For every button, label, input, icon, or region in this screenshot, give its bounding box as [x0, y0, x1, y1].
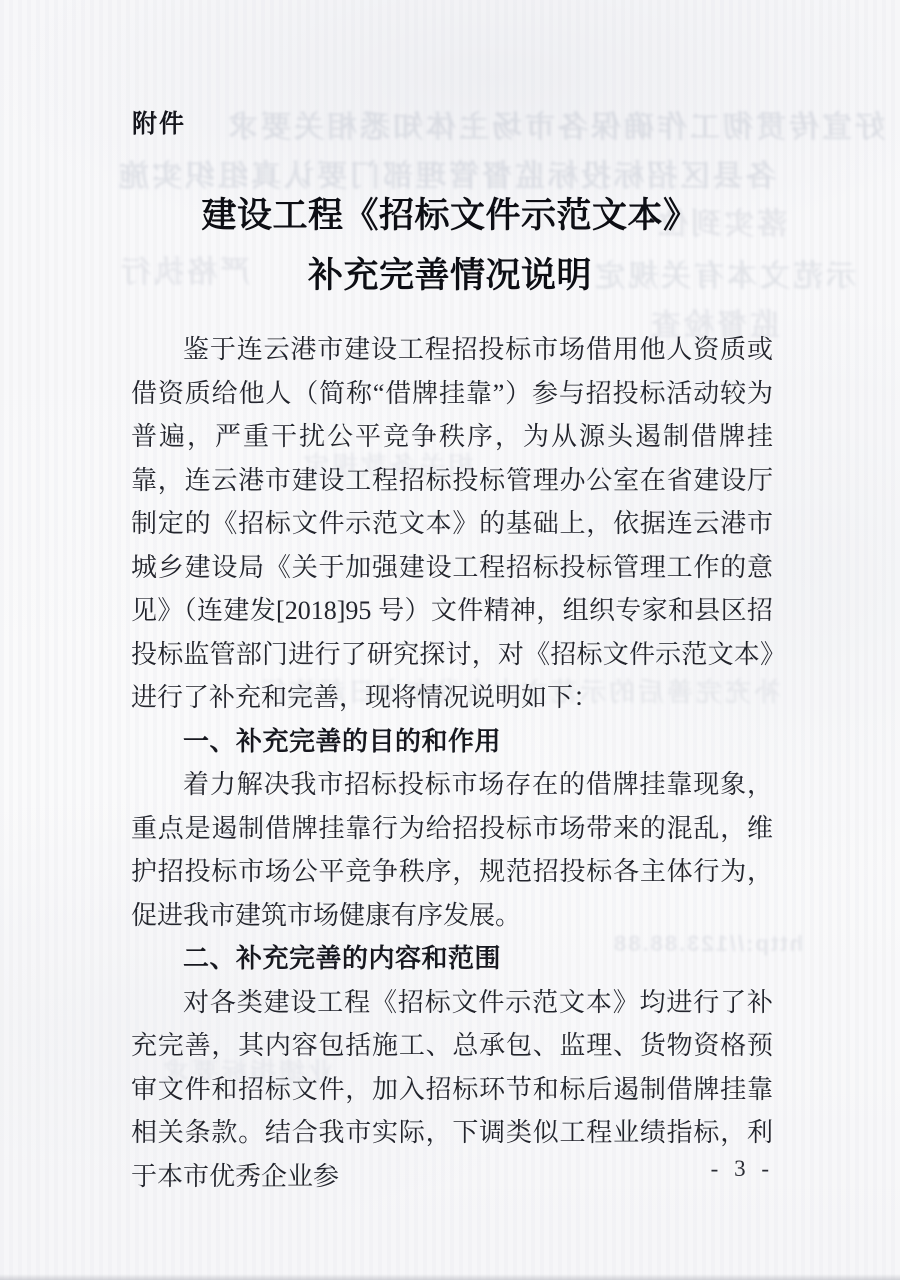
document-title-line-1: 建设工程《招标文件示范文本》 [201, 196, 698, 235]
attachment-label: 附件 [132, 104, 186, 140]
bleed-through-text: 好宣传贯彻工作确保各市场主体知悉相关要求 [225, 102, 885, 146]
section-2-heading: 二、补充完善的内容和范围 [131, 937, 773, 981]
document-body: 鉴于连云港市建设工程招投标市场借用他人资质或借资质给他人（简称“借牌挂靠”）参与… [131, 328, 773, 1198]
document-title: 建设工程《招标文件示范文本》 补充完善情况说明 [0, 186, 900, 306]
section-2-paragraph: 对各类建设工程《招标文件示范文本》均进行了补充完善，其内容包括施工、总承包、监理… [131, 981, 773, 1199]
section-1-paragraph: 着力解决我市招标投标市场存在的借牌挂靠现象，重点是遏制借牌挂靠行为给招投标市场带… [131, 763, 773, 937]
intro-paragraph: 鉴于连云港市建设工程招投标市场借用他人资质或借资质给他人（简称“借牌挂靠”）参与… [131, 328, 773, 720]
section-1-heading: 一、补充完善的目的和作用 [131, 720, 773, 764]
page-number: - 3 - [711, 1156, 774, 1182]
document-title-line-2: 补充完善情况说明 [308, 256, 592, 295]
scanned-document-page: 好宣传贯彻工作确保各市场主体知悉相关要求 各县区招标投标监督管理部门要认真组织实… [0, 0, 900, 1280]
